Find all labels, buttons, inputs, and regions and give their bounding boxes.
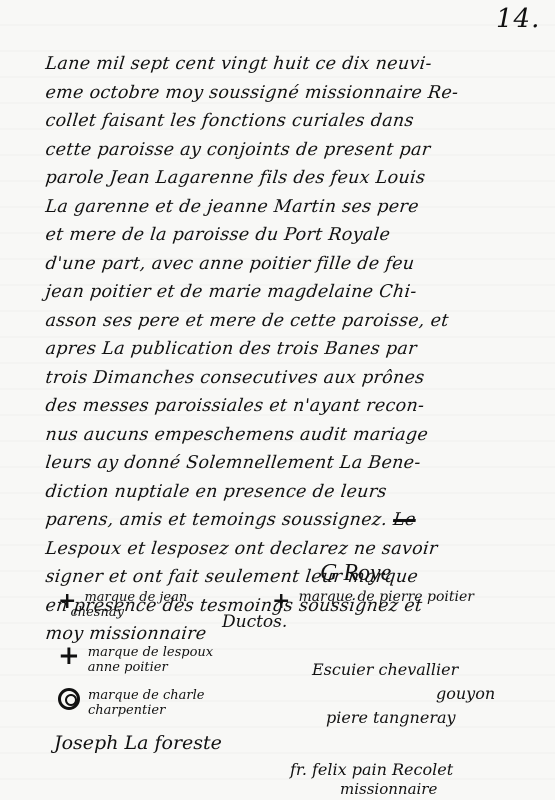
body-line: Lespoux et lesposez ont declarez ne savo… xyxy=(44,535,547,564)
signature-escuier-chevallier: Escuier chevallier xyxy=(312,660,458,679)
body-line: eme octobre moy soussigné missionnaire R… xyxy=(44,79,547,108)
body-line-text: parens, amis et temoings soussignez. xyxy=(44,510,388,530)
body-line: d'une part, avec anne poitier fille de f… xyxy=(44,250,547,279)
body-line: cette paroisse ay conjoints de present p… xyxy=(44,136,547,165)
mark-caption-line: chesnay xyxy=(70,605,187,620)
mark-anne-poitier: + marque de lespoux anne poitier xyxy=(58,645,213,675)
signature-pierre-tangneray: piere tangneray xyxy=(326,708,456,727)
mark-caption: marque de charle charpentier xyxy=(88,688,204,718)
signature-missionnaire: missionnaire xyxy=(340,780,437,798)
mark-caption-line: charpentier xyxy=(88,703,204,718)
body-line: Lane mil sept cent vingt huit ce dix neu… xyxy=(44,50,547,79)
page-number: 14. xyxy=(496,4,540,34)
body-line: parole Jean Lagarenne fils des feux Loui… xyxy=(44,164,547,193)
body-line: leurs ay donné Solemnellement La Bene- xyxy=(44,449,547,478)
mark-caption: marque de lespoux anne poitier xyxy=(88,645,213,675)
mark-caption-line: marque de charle xyxy=(88,688,204,703)
signature-recollet: fr. felix pain Recolet xyxy=(290,760,453,779)
mark-caption: marque de pierre poitier xyxy=(298,590,474,605)
marriage-record-body: Lane mil sept cent vingt huit ce dix neu… xyxy=(44,50,544,649)
mark-caption: marque de jean chesnay xyxy=(84,590,187,620)
body-line: jean poitier et de marie magdelaine Chi- xyxy=(44,278,547,307)
body-line: diction nuptiale en presence de leurs xyxy=(44,478,547,507)
mark-pierre-poitier: + marque de pierre poitier xyxy=(272,590,474,612)
mark-caption-line: marque de jean xyxy=(84,590,187,605)
body-line: La garenne et de jeanne Martin ses pere xyxy=(44,193,547,222)
mark-caption-line: anne poitier xyxy=(88,660,213,675)
manuscript-page: 14. Lane mil sept cent vingt huit ce dix… xyxy=(0,0,555,800)
mark-caption-line: marque de pierre poitier xyxy=(298,590,474,605)
body-line: signer et ont fait seulement leur marque xyxy=(44,563,547,592)
signature-ductos: Ductos. xyxy=(222,612,287,632)
body-line: asson ses pere et mere de cette paroisse… xyxy=(44,307,547,336)
body-line: et mere de la paroisse du Port Royale xyxy=(44,221,547,250)
body-line: collet faisant les fonctions curiales da… xyxy=(44,107,547,136)
body-line: trois Dimanches consecutives aux prônes xyxy=(44,364,547,393)
mark-charle-charpentier: marque de charle charpentier xyxy=(58,688,204,718)
body-line: des messes paroissiales et n'ayant recon… xyxy=(44,392,547,421)
cross-mark-icon: + xyxy=(58,645,80,667)
cross-mark-icon: + xyxy=(272,590,290,612)
signature-gouyon: gouyon xyxy=(436,684,495,703)
body-line: apres La publication des trois Banes par xyxy=(44,335,547,364)
body-line-with-strike: parens, amis et temoings soussignez. Le xyxy=(44,506,547,535)
circle-mark-icon xyxy=(58,688,80,710)
struck-word: Le xyxy=(392,510,417,530)
signature-joseph-la-foreste: Joseph La foreste xyxy=(54,732,222,754)
mark-caption-line: marque de lespoux xyxy=(88,645,213,660)
mark-jean-chesnay: + marque de jean chesnay xyxy=(58,590,187,620)
body-line: nus aucuns empeschemens audit mariage xyxy=(44,421,547,450)
signature-roye: G Roye xyxy=(320,560,391,587)
